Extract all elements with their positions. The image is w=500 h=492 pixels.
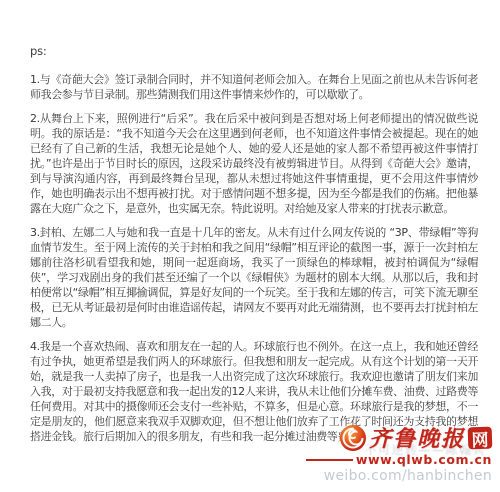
qlwb-site-url: www.qlwb.com.cn: [356, 452, 492, 467]
ps-label: ps:: [30, 44, 478, 59]
qlwb-swirl-icon: [339, 424, 367, 452]
qlwb-logo-row: 齐鲁晚报 网: [306, 422, 492, 453]
statement-image: ps: 1.与《奇葩大会》签订录制合同时，并不知道何老师会加入。在舞台上见面之前…: [0, 0, 500, 492]
qlwb-logo-block: 齐鲁晚报 网 www.qlwb.com.cn weibo.com/hanbinc…: [306, 422, 492, 484]
qlwb-url-row: www.qlwb.com.cn: [306, 452, 492, 467]
red-rule-divider: [306, 459, 353, 461]
statement-text: ps: 1.与《奇葩大会》签订录制合同时，并不知道何老师会加入。在舞台上见面之前…: [30, 44, 478, 453]
paragraph-3: 3.封柏、左娜二人与她和我一直是十几年的密友。从未有过什么网友传说的 “3P、带…: [30, 225, 478, 330]
weibo-url-watermark: weibo.com/hanbinchen: [306, 468, 492, 484]
paragraph-1: 1.与《奇葩大会》签订录制合同时，并不知道何老师会加入。在舞台上见面之前也从未告…: [30, 72, 478, 102]
qlwb-net-badge: 网: [468, 426, 493, 449]
paragraph-2: 2.从舞台上下来，照例进行“后采”。我在后采中被问到是否想对场上何老师提出的情况…: [30, 111, 478, 216]
qlwb-brand-name: 齐鲁晚报: [369, 422, 465, 453]
